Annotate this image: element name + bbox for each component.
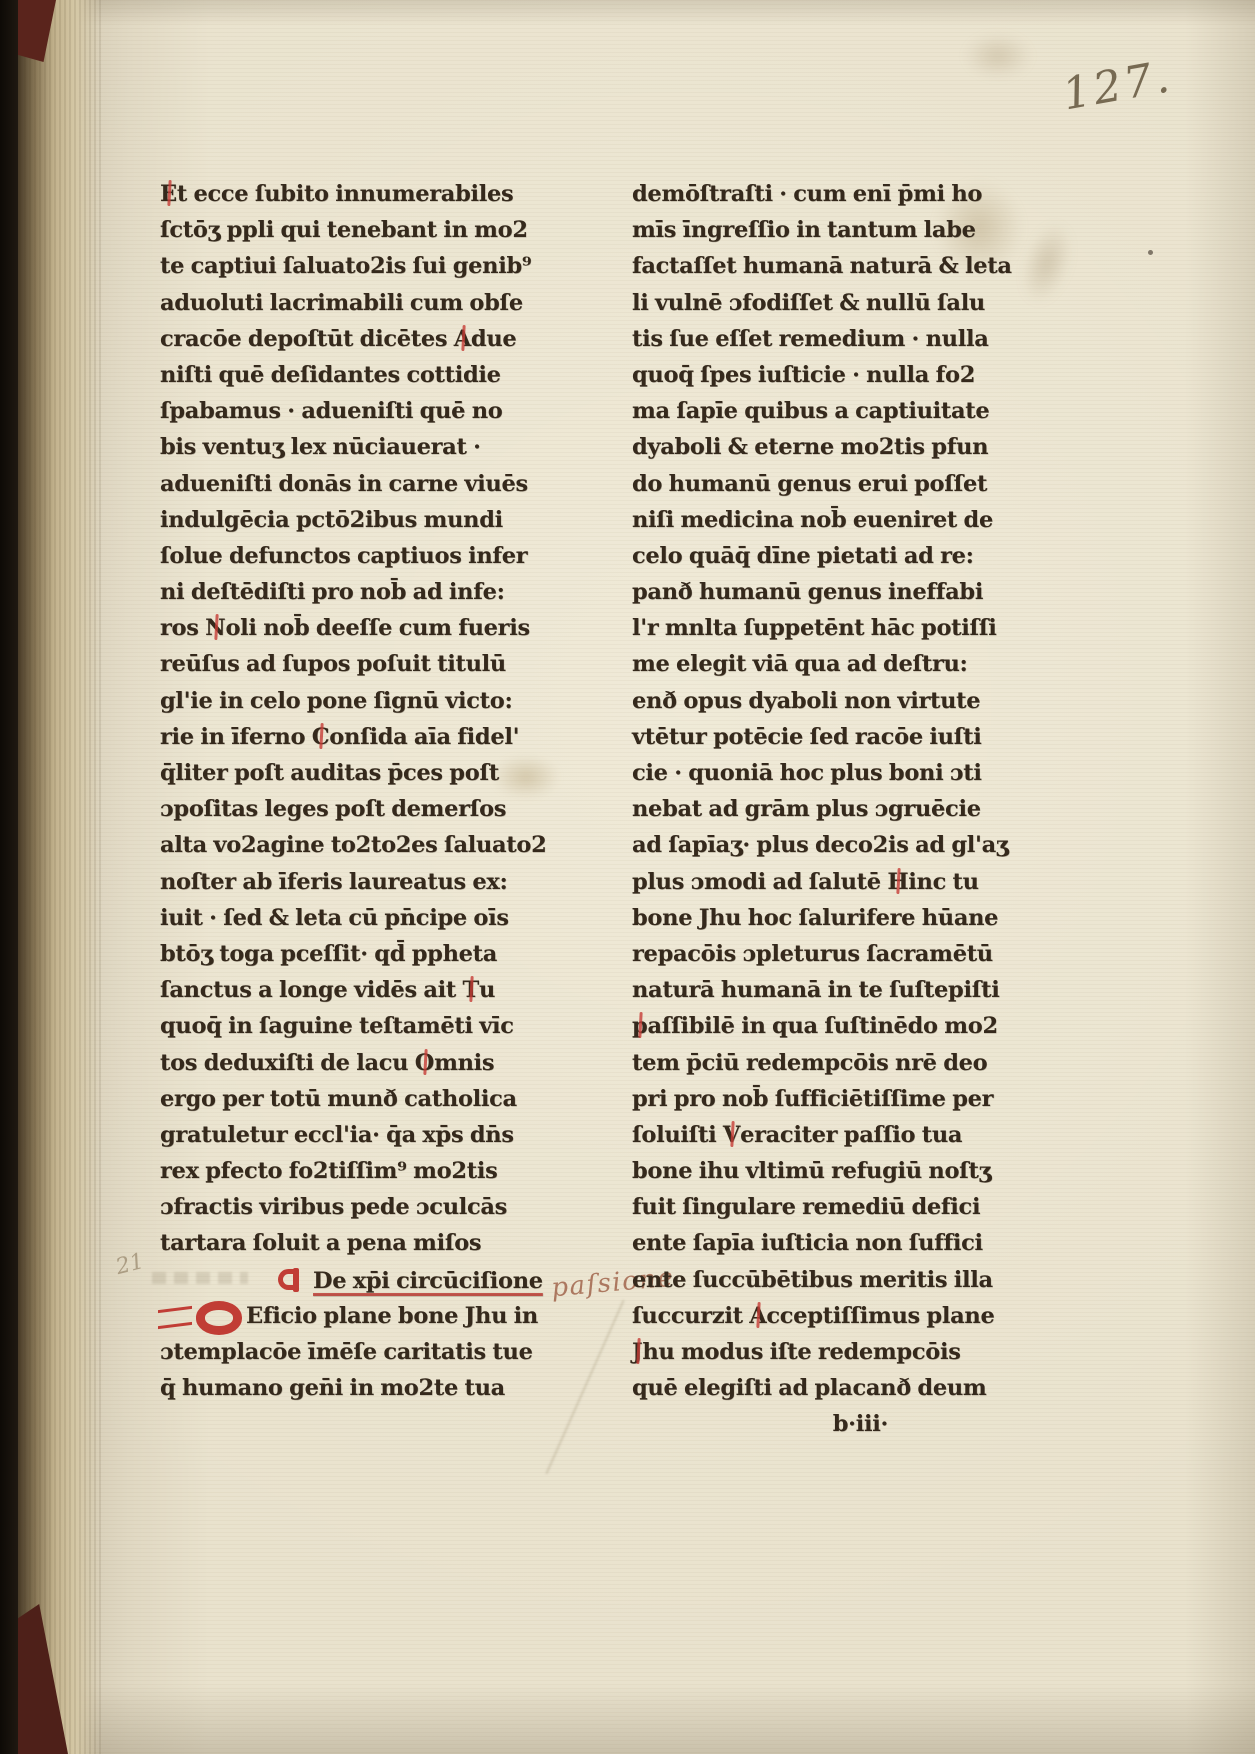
text-segment: bone Jhu hoc ſalurifere hūane bbox=[632, 905, 998, 931]
text-segment: q̄ humano gen̄i in mo2te tua bbox=[160, 1375, 505, 1401]
rubricated-initial: O bbox=[415, 1050, 434, 1076]
text-segment: ſoluiſti bbox=[632, 1122, 723, 1148]
text-segment: aduoluti lacrimabili cum obſe bbox=[160, 290, 523, 316]
text-segment: alta vo2agine to2to2es ſaluato2 bbox=[160, 832, 546, 858]
text-segment: ſuccurzit bbox=[632, 1303, 749, 1329]
text-segment: ſanctus a longe vidēs ait bbox=[160, 977, 463, 1003]
text-line: niſti quē deſidantes cottidie bbox=[160, 357, 538, 393]
text-segment: tos deduxiſti de lacu bbox=[160, 1050, 415, 1076]
text-line: quoq̄ in ſaguine teſtamēti vīc bbox=[160, 1008, 538, 1044]
text-segment: Eficio plane bone Jhu in bbox=[246, 1303, 538, 1329]
text-line: q̄ humano gen̄i in mo2te tua bbox=[160, 1370, 538, 1406]
rubricated-initial: T bbox=[463, 977, 479, 1003]
text-line: me elegit viā qua ad deſtru: bbox=[632, 646, 992, 682]
text-segment: noſter ab īferis laureatus ex: bbox=[160, 869, 508, 895]
text-line: noſter ab īferis laureatus ex: bbox=[160, 864, 538, 900]
text-line: gl'ie in celo pone ſignū victo: bbox=[160, 683, 538, 719]
pilcrow-icon bbox=[278, 1269, 304, 1290]
text-segment: ɔtemplacōe īmēſe caritatis tue bbox=[160, 1339, 533, 1365]
text-segment: indulgēcia pctō2ibus mundi bbox=[160, 507, 503, 533]
text-segment: ergo per totū munð catholica bbox=[160, 1086, 517, 1112]
text-segment: pri pro nob̄ ſufficiētiſſime per bbox=[632, 1086, 993, 1112]
text-segment: panð humanū genus ineffabi bbox=[632, 579, 983, 605]
text-segment: ente ſuccūbētibus meritis illa bbox=[632, 1267, 993, 1293]
text-segment: bis ventuʒ lex nūciauerat · bbox=[160, 434, 481, 460]
text-line: nebat ad grām plus ɔgruēcie bbox=[632, 791, 992, 827]
text-segment: mnis bbox=[434, 1050, 494, 1076]
text-column-left: Et ecce ſubito innumerabilesſctōʒ ppli q… bbox=[160, 176, 538, 1406]
text-line: ſanctus a longe vidēs ait Tu bbox=[160, 972, 538, 1008]
rubricated-initial: A bbox=[749, 1303, 766, 1329]
text-segment: tartara ſoluit a pena miſos bbox=[160, 1230, 481, 1256]
text-line: bis ventuʒ lex nūciauerat · bbox=[160, 429, 538, 465]
text-line: quē elegiſti ad placanð deum bbox=[632, 1370, 992, 1406]
text-line: tem p̄ciū redempcōis nrē deo bbox=[632, 1045, 992, 1081]
quire-signature: b·iii· bbox=[632, 1406, 992, 1442]
text-line: q̄liter poſt auditas p̄ces poſt bbox=[160, 755, 538, 791]
text-segment: ſolue defunctos captiuos infer bbox=[160, 543, 527, 569]
text-line: rie in īferno Conſida aīa fidel' bbox=[160, 719, 538, 755]
rubricated-initial: N bbox=[205, 615, 225, 641]
rubricated-initial: p bbox=[632, 1013, 647, 1039]
rubricated-initial: A bbox=[454, 326, 471, 352]
text-line: btōʒ toga pceſſit· qd̄ ppheta bbox=[160, 936, 538, 972]
text-line: tartara ſoluit a pena miſos bbox=[160, 1225, 538, 1261]
text-line: naturā humanā in te ſuſtepiſti bbox=[632, 972, 992, 1008]
text-segment: tem p̄ciū redempcōis nrē deo bbox=[632, 1050, 987, 1076]
text-line: ɔpoſitas leges poſt demerſos bbox=[160, 791, 538, 827]
text-line: ma ſapīe quibus a captiuitate bbox=[632, 393, 992, 429]
text-line: enð opus dyaboli non virtute bbox=[632, 683, 992, 719]
text-line: ɔtemplacōe īmēſe caritatis tue bbox=[160, 1334, 538, 1370]
text-line: cracōe depoſtūt dicētes Adue bbox=[160, 321, 538, 357]
text-segment: dyaboli & eterne mo2tis pfun bbox=[632, 434, 988, 460]
text-segment: onſida aīa fidel' bbox=[329, 724, 519, 750]
text-line: ente ſuccūbētibus meritis illa bbox=[632, 1262, 992, 1298]
text-segment: ente ſapīa iuſticia non ſuffici bbox=[632, 1230, 983, 1256]
text-segment: cceptiſſimus plane bbox=[766, 1303, 994, 1329]
text-line: aduoluti lacrimabili cum obſe bbox=[160, 285, 538, 321]
text-column-right: demōſtraſti · cum enī p̄mi homīs īngreſſ… bbox=[632, 176, 992, 1443]
text-segment: inc tu bbox=[908, 869, 978, 895]
text-line: bone ihu vltimū refugiū noſtʒ bbox=[632, 1153, 992, 1189]
text-line: te captiui ſaluato2is ſui genib⁹ bbox=[160, 248, 538, 284]
text-segment: mīs īngreſſio in tantum labe bbox=[632, 217, 976, 243]
text-line: bone Jhu hoc ſalurifere hūane bbox=[632, 900, 992, 936]
text-segment: q̄liter poſt auditas p̄ces poſt bbox=[160, 760, 499, 786]
text-line: rex pfecto fo2tiſſim⁹ mo2tis bbox=[160, 1153, 538, 1189]
text-line: iuit · ſed & leta cū pn̄cipe oīs bbox=[160, 900, 538, 936]
text-segment: factaſſet humanā naturā & leta bbox=[632, 253, 1012, 279]
text-line: fuit ſingulare remediū defici bbox=[632, 1189, 992, 1225]
text-line: mīs īngreſſio in tantum labe bbox=[632, 212, 992, 248]
text-line: Et ecce ſubito innumerabiles bbox=[160, 176, 538, 212]
text-line: niſi medicina nob̄ eueniret de bbox=[632, 502, 992, 538]
book-page-scan: { "page": { "folio_number": "127.", "mar… bbox=[0, 0, 1255, 1754]
text-segment: De xp̄i circūciſione bbox=[313, 1268, 543, 1294]
text-line: ſpabamus · adueniſti quē no bbox=[160, 393, 538, 429]
lombard-o-icon bbox=[180, 1301, 242, 1335]
text-line: alta vo2agine to2to2es ſaluato2 bbox=[160, 827, 538, 863]
text-line: ſuccurzit Acceptiſſimus plane bbox=[632, 1298, 992, 1334]
text-line: ɔfractis viribus pede ɔculcās bbox=[160, 1189, 538, 1225]
text-segment: naturā humanā in te ſuſtepiſti bbox=[632, 977, 999, 1003]
text-segment: b·iii· bbox=[833, 1411, 888, 1437]
text-segment: gl'ie in celo pone ſignū victo: bbox=[160, 688, 513, 714]
text-segment: u bbox=[479, 977, 495, 1003]
text-line: ni deſtēdiſti pro nob̄ ad infe: bbox=[160, 574, 538, 610]
text-line: factaſſet humanā naturā & leta bbox=[632, 248, 992, 284]
text-line: reūſus ad ſupos poſuit titulū bbox=[160, 646, 538, 682]
text-line: dyaboli & eterne mo2tis pfun bbox=[632, 429, 992, 465]
text-segment: rie in īferno bbox=[160, 724, 312, 750]
rubricated-initial: J bbox=[632, 1339, 642, 1365]
rubricated-initial: V bbox=[723, 1122, 740, 1148]
rubricated-initial: C bbox=[312, 724, 330, 750]
text-segment: quoq̄ ſpes iuſticie · nulla fo2 bbox=[632, 362, 975, 388]
text-segment: reūſus ad ſupos poſuit titulū bbox=[160, 651, 506, 677]
text-segment: ni deſtēdiſti pro nob̄ ad infe: bbox=[160, 579, 505, 605]
opening-line: Eficio plane bone Jhu in bbox=[160, 1298, 538, 1334]
text-segment: l'r mnlta ſuppetēnt hāc potiſſi bbox=[632, 615, 997, 641]
text-line: tos deduxiſti de lacu Omnis bbox=[160, 1045, 538, 1081]
text-line: indulgēcia pctō2ibus mundi bbox=[160, 502, 538, 538]
text-segment: te captiui ſaluato2is ſui genib⁹ bbox=[160, 253, 531, 279]
text-line: ad ſapīaʒ· plus deco2is ad gl'aʒ bbox=[632, 827, 992, 863]
text-segment: do humanū genus erui poſſet bbox=[632, 471, 987, 497]
text-segment: hu modus iſte redempcōis bbox=[642, 1339, 960, 1365]
text-line: vtētur potēcie ſed racōe iuſti bbox=[632, 719, 992, 755]
text-line: pri pro nob̄ ſufficiētiſſime per bbox=[632, 1081, 992, 1117]
text-segment: cie · quoniā hoc plus boni ɔti bbox=[632, 760, 982, 786]
binding-spine bbox=[0, 0, 18, 1754]
text-line: tis ſue eſſet remedium · nulla bbox=[632, 321, 992, 357]
rubricated-initial: E bbox=[160, 181, 177, 207]
text-segment: ma ſapīe quibus a captiuitate bbox=[632, 398, 989, 424]
text-segment: bone ihu vltimū refugiū noſtʒ bbox=[632, 1158, 991, 1184]
text-segment: btōʒ toga pceſſit· qd̄ ppheta bbox=[160, 941, 497, 967]
text-segment: adueniſti donās in carne viuēs bbox=[160, 471, 528, 497]
text-segment: quē elegiſti ad placanð deum bbox=[632, 1375, 986, 1401]
text-line: ſolue defunctos captiuos infer bbox=[160, 538, 538, 574]
text-segment: ſctōʒ ppli qui tenebant in mo2 bbox=[160, 217, 528, 243]
text-segment: li vulnē ɔfodiſſet & nullū ſalu bbox=[632, 290, 985, 316]
text-line: ros Noli nob̄ deeſſe cum fueris bbox=[160, 610, 538, 646]
text-segment: aſſibilē in qua ſuſtinēdo mo2 bbox=[647, 1013, 997, 1039]
text-line: panð humanū genus ineffabi bbox=[632, 574, 992, 610]
text-segment: plus ɔmodi ad ſalutē bbox=[632, 869, 887, 895]
text-segment: ɔpoſitas leges poſt demerſos bbox=[160, 796, 506, 822]
text-line: li vulnē ɔfodiſſet & nullū ſalu bbox=[632, 285, 992, 321]
text-segment: iuit · ſed & leta cū pn̄cipe oīs bbox=[160, 905, 509, 931]
rubricated-initial: H bbox=[887, 869, 908, 895]
text-segment: ad ſapīaʒ· plus deco2is ad gl'aʒ bbox=[632, 832, 1008, 858]
text-segment: repacōis ɔpleturus ſacramētū bbox=[632, 941, 993, 967]
text-segment: quoq̄ in ſaguine teſtamēti vīc bbox=[160, 1013, 514, 1039]
text-line: ergo per totū munð catholica bbox=[160, 1081, 538, 1117]
text-line: cie · quoniā hoc plus boni ɔti bbox=[632, 755, 992, 791]
text-segment: demōſtraſti · cum enī p̄mi ho bbox=[632, 181, 982, 207]
text-line: Jhu modus iſte redempcōis bbox=[632, 1334, 992, 1370]
text-line: ente ſapīa iuſticia non ſuffici bbox=[632, 1225, 992, 1261]
chapter-heading: De xp̄i circūciſionepaſsione bbox=[160, 1262, 538, 1298]
text-line: ſoluiſti Veraciter paſſio tua bbox=[632, 1117, 992, 1153]
text-line: adueniſti donās in carne viuēs bbox=[160, 466, 538, 502]
text-line: do humanū genus erui poſſet bbox=[632, 466, 992, 502]
text-line: ſctōʒ ppli qui tenebant in mo2 bbox=[160, 212, 538, 248]
text-segment: ɔfractis viribus pede ɔculcās bbox=[160, 1194, 507, 1220]
text-segment: niſti quē deſidantes cottidie bbox=[160, 362, 501, 388]
text-segment: nebat ad grām plus ɔgruēcie bbox=[632, 796, 981, 822]
text-line: celo quāq̄ dīne pietati ad re: bbox=[632, 538, 992, 574]
text-line: repacōis ɔpleturus ſacramētū bbox=[632, 936, 992, 972]
text-line: demōſtraſti · cum enī p̄mi ho bbox=[632, 176, 992, 212]
text-line: quoq̄ ſpes iuſticie · nulla fo2 bbox=[632, 357, 992, 393]
text-segment: ros bbox=[160, 615, 205, 641]
text-segment: vtētur potēcie ſed racōe iuſti bbox=[632, 724, 981, 750]
text-segment: ſpabamus · adueniſti quē no bbox=[160, 398, 502, 424]
text-line: l'r mnlta ſuppetēnt hāc potiſſi bbox=[632, 610, 992, 646]
text-line: paſſibilē in qua ſuſtinēdo mo2 bbox=[632, 1008, 992, 1044]
text-segment: eraciter paſſio tua bbox=[740, 1122, 962, 1148]
text-segment: t ecce ſubito innumerabiles bbox=[177, 181, 514, 207]
text-line: gratuletur eccl'ia· q̄a xp̄s dn̄s bbox=[160, 1117, 538, 1153]
ink-speck bbox=[1148, 250, 1153, 255]
text-segment: niſi medicina nob̄ eueniret de bbox=[632, 507, 993, 533]
text-segment: enð opus dyaboli non virtute bbox=[632, 688, 980, 714]
text-segment: me elegit viā qua ad deſtru: bbox=[632, 651, 968, 677]
text-segment: fuit ſingulare remediū defici bbox=[632, 1194, 980, 1220]
page-edges bbox=[14, 0, 102, 1754]
text-segment: celo quāq̄ dīne pietati ad re: bbox=[632, 543, 974, 569]
text-segment: oli nob̄ deeſſe cum fueris bbox=[225, 615, 529, 641]
text-segment: cracōe depoſtūt dicētes bbox=[160, 326, 454, 352]
text-segment: due bbox=[471, 326, 517, 352]
text-segment: gratuletur eccl'ia· q̄a xp̄s dn̄s bbox=[160, 1122, 514, 1148]
text-segment: rex pfecto fo2tiſſim⁹ mo2tis bbox=[160, 1158, 497, 1184]
text-segment: tis ſue eſſet remedium · nulla bbox=[632, 326, 988, 352]
text-line: plus ɔmodi ad ſalutē Hinc tu bbox=[632, 864, 992, 900]
